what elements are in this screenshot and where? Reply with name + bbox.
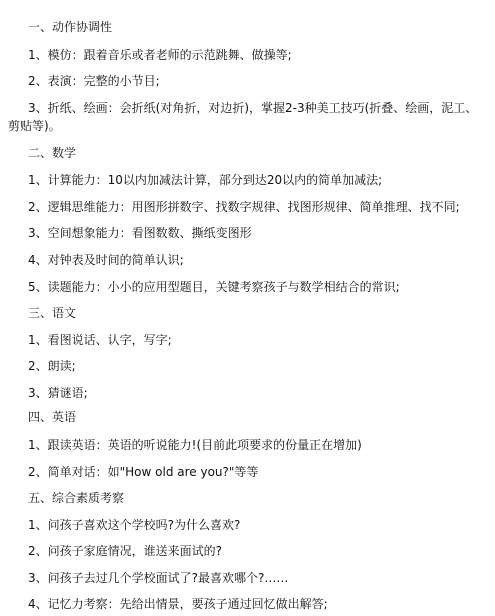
list-item: 3、猜谜语;	[28, 386, 489, 400]
list-item: 5、读题能力：小小的应用型题目，关键考察孩子与数学相结合的常识;	[28, 280, 489, 294]
document: 一、动作协调性 1、模仿：跟着音乐或者老师的示范跳舞、做操等; 2、表演：完整的…	[0, 0, 495, 616]
section-heading: 五、综合素质考察	[28, 491, 489, 505]
list-item: 3、折纸、绘画：会折纸(对角折，对边折)，掌握2-3种美工技巧(折叠、绘画，泥工…	[8, 99, 489, 135]
section-heading: 二、数学	[28, 146, 489, 160]
section-heading: 一、动作协调性	[28, 20, 489, 34]
list-item: 1、问孩子喜欢这个学校吗?为什么喜欢?	[28, 518, 489, 532]
list-item: 4、记忆力考察：先给出情景，要孩子通过回忆做出解答;	[28, 597, 489, 611]
list-item: 2、问孩子家庭情况，谁送来面试的?	[28, 544, 489, 558]
list-item: 1、看图说话、认字，写字;	[28, 333, 489, 347]
list-item: 1、跟读英语：英语的听说能力!(目前此项要求的份量正在增加)	[28, 438, 489, 452]
list-item: 3、空间想象能力：看图数数、撕纸变图形	[28, 226, 489, 240]
list-item: 2、朗读;	[28, 359, 489, 373]
list-item: 3、问孩子去过几个学校面试了?最喜欢哪个?……	[28, 571, 489, 585]
list-item: 2、逻辑思维能力：用图形拼数字、找数字规律、找图形规律、简单推理、找不同;	[28, 200, 489, 214]
list-item: 1、计算能力：10以内加减法计算，部分到达20以内的简单加减法;	[28, 173, 489, 187]
list-item: 2、简单对话：如"How old are you?"等等	[28, 465, 489, 479]
list-item: 2、表演：完整的小节目;	[28, 74, 489, 88]
section-heading: 四、英语	[28, 410, 489, 424]
list-item: 1、模仿：跟着音乐或者老师的示范跳舞、做操等;	[28, 48, 489, 62]
list-item: 4、对钟表及时间的简单认识;	[28, 253, 489, 267]
section-heading: 三、语文	[28, 306, 489, 320]
